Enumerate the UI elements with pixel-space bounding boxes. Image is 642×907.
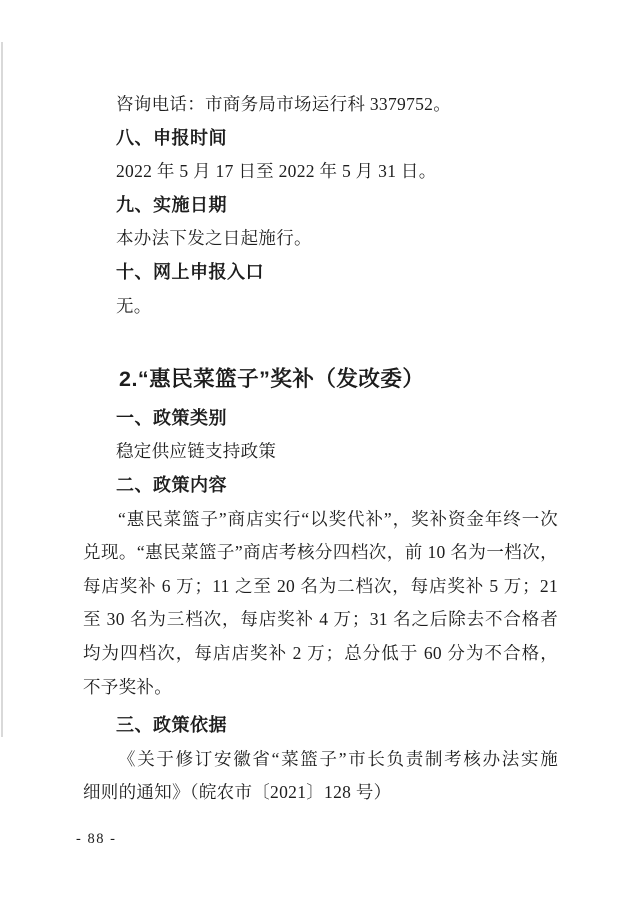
implementation-line: 本办法下发之日起施行。 <box>83 222 558 256</box>
policy-basis-line-1: 《关于修订安徽省“菜篮子”市长负责制考核办法实施 <box>83 743 558 777</box>
page-edge-scan-line <box>1 42 3 737</box>
policy-category-line: 稳定供应链支持政策 <box>83 435 558 469</box>
heading-policy-basis: 三、政策依据 <box>83 709 558 743</box>
heading-online-entry: 十、网上申报入口 <box>83 256 558 290</box>
policy-content-line-6: 不予奖补。 <box>83 671 558 705</box>
blank-line <box>83 323 558 357</box>
policy-content-line-5: 均为四档次，每店店奖补 2 万；总分低于 60 分为不合格， <box>83 637 558 671</box>
document-page: 咨询电话：市商务局市场运行科 3379752。 八、申报时间 2022 年 5 … <box>0 0 642 907</box>
policy-content-line-3: 每店奖补 6 万；11 之至 20 名为二档次，每店奖补 5 万；21 <box>83 570 558 604</box>
section-title-huimin-basket-subsidy: 2.“惠民菜篮子”奖补（发改委） <box>83 357 558 402</box>
policy-content-line-2: 兑现。“惠民菜篮子”商店考核分四档次，前 10 名为一档次， <box>83 536 558 570</box>
heading-policy-content: 二、政策内容 <box>83 469 558 503</box>
online-entry-none-line: 无。 <box>83 290 558 324</box>
heading-policy-category: 一、政策类别 <box>83 402 558 436</box>
page-number: - 88 - <box>76 831 116 848</box>
application-date-line: 2022 年 5 月 17 日至 2022 年 5 月 31 日。 <box>83 155 558 189</box>
contact-phone-line: 咨询电话：市商务局市场运行科 3379752。 <box>83 88 558 122</box>
document-content: 咨询电话：市商务局市场运行科 3379752。 八、申报时间 2022 年 5 … <box>83 88 558 810</box>
policy-content-line-4: 至 30 名为三档次，每店奖补 4 万；31 名之后除去不合格者 <box>83 603 558 637</box>
heading-application-time: 八、申报时间 <box>83 122 558 156</box>
policy-basis-line-2: 细则的通知》（皖农市〔2021〕128 号） <box>83 776 558 810</box>
policy-content-line-1: “惠民菜篮子”商店实行“以奖代补”，奖补资金年终一次 <box>83 503 558 537</box>
heading-implementation-date: 九、实施日期 <box>83 189 558 223</box>
